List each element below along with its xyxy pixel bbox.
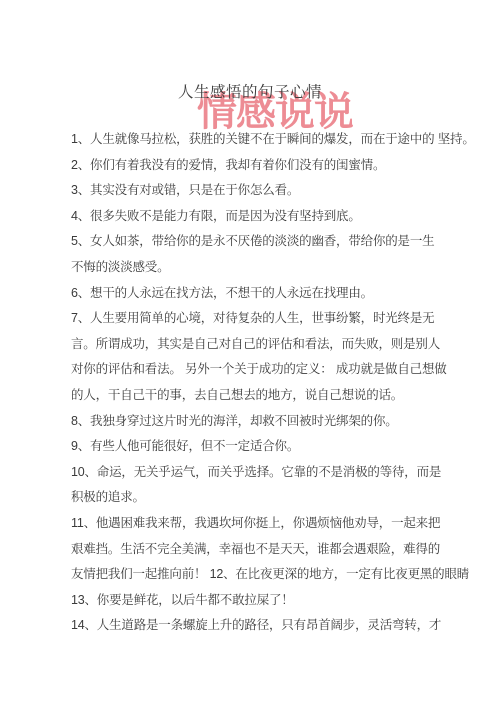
text-line: 言。所谓成功，其实是自己对自己的评估和看法，而失败，则是别人 (71, 332, 491, 358)
text-line: 2、你们有着我没有的爱情，我却有着你们没有的闺蜜情。 (71, 153, 491, 179)
text-line: 积极的追求。 (71, 485, 491, 511)
text-line: 11、他遇困难我来帮，我遇坎坷你挺上，你遇烦恼他劝导，一起来把 (71, 511, 491, 537)
text-line: 5、女人如茶，带给你的是永不厌倦的淡淡的幽香，带给你的是一生 (71, 229, 491, 255)
text-line: 14、人生道路是一条螺旋上升的路径，只有昂首阔步，灵活弯转，才 (71, 613, 491, 639)
text-line: 的人，干自己干的事，去自己想去的地方，说自己想说的话。 (71, 383, 491, 409)
text-line: 9、有些人他可能很好，但不一定适合你。 (71, 434, 491, 460)
text-line: 8、我独身穿过这片时光的海洋，却救不回被时光绑架的你。 (71, 409, 491, 435)
text-line: 6、想干的人永远在找方法，不想干的人永远在找理由。 (71, 281, 491, 307)
document-page: 人生感悟的句子心情 情感说说 1、人生就像马拉松，获胜的关键不在于瞬间的爆发，而… (0, 0, 500, 708)
text-line: 4、很多失败不是能力有限，而是因为没有坚持到底。 (71, 204, 491, 230)
text-line: 10、命运，无关乎运气，而关乎选择。它靠的不是消极的等待，而是 (71, 460, 491, 486)
text-line: 3、其实没有对或错，只是在于你怎么看。 (71, 178, 491, 204)
text-line: 不悔的淡淡感受。 (71, 255, 491, 281)
text-line: 对你的评估和看法。 另外一个关于成功的定义： 成功就是做自己想做 (71, 357, 491, 383)
page-title: 人生感悟的句子心情 (0, 80, 500, 102)
text-line: 1、人生就像马拉松，获胜的关键不在于瞬间的爆发，而在于途中的 坚持。 (71, 127, 491, 153)
text-line: 友情把我们一起推向前！ 12、在比夜更深的地方，一定有比夜更黑的眼睛 (71, 562, 491, 588)
content-area: 1、人生就像马拉松，获胜的关键不在于瞬间的爆发，而在于途中的 坚持。2、你们有着… (71, 127, 491, 639)
text-line: 艰难挡。生活不完全美满，幸福也不是天天，谁都会遇艰险，难得的 (71, 537, 491, 563)
text-line: 13、你要是鲜花，以后牛都不敢拉屎了！ (71, 588, 491, 614)
text-line: 7、人生要用简单的心境，对待复杂的人生，世事纷繁，时光终是无 (71, 306, 491, 332)
